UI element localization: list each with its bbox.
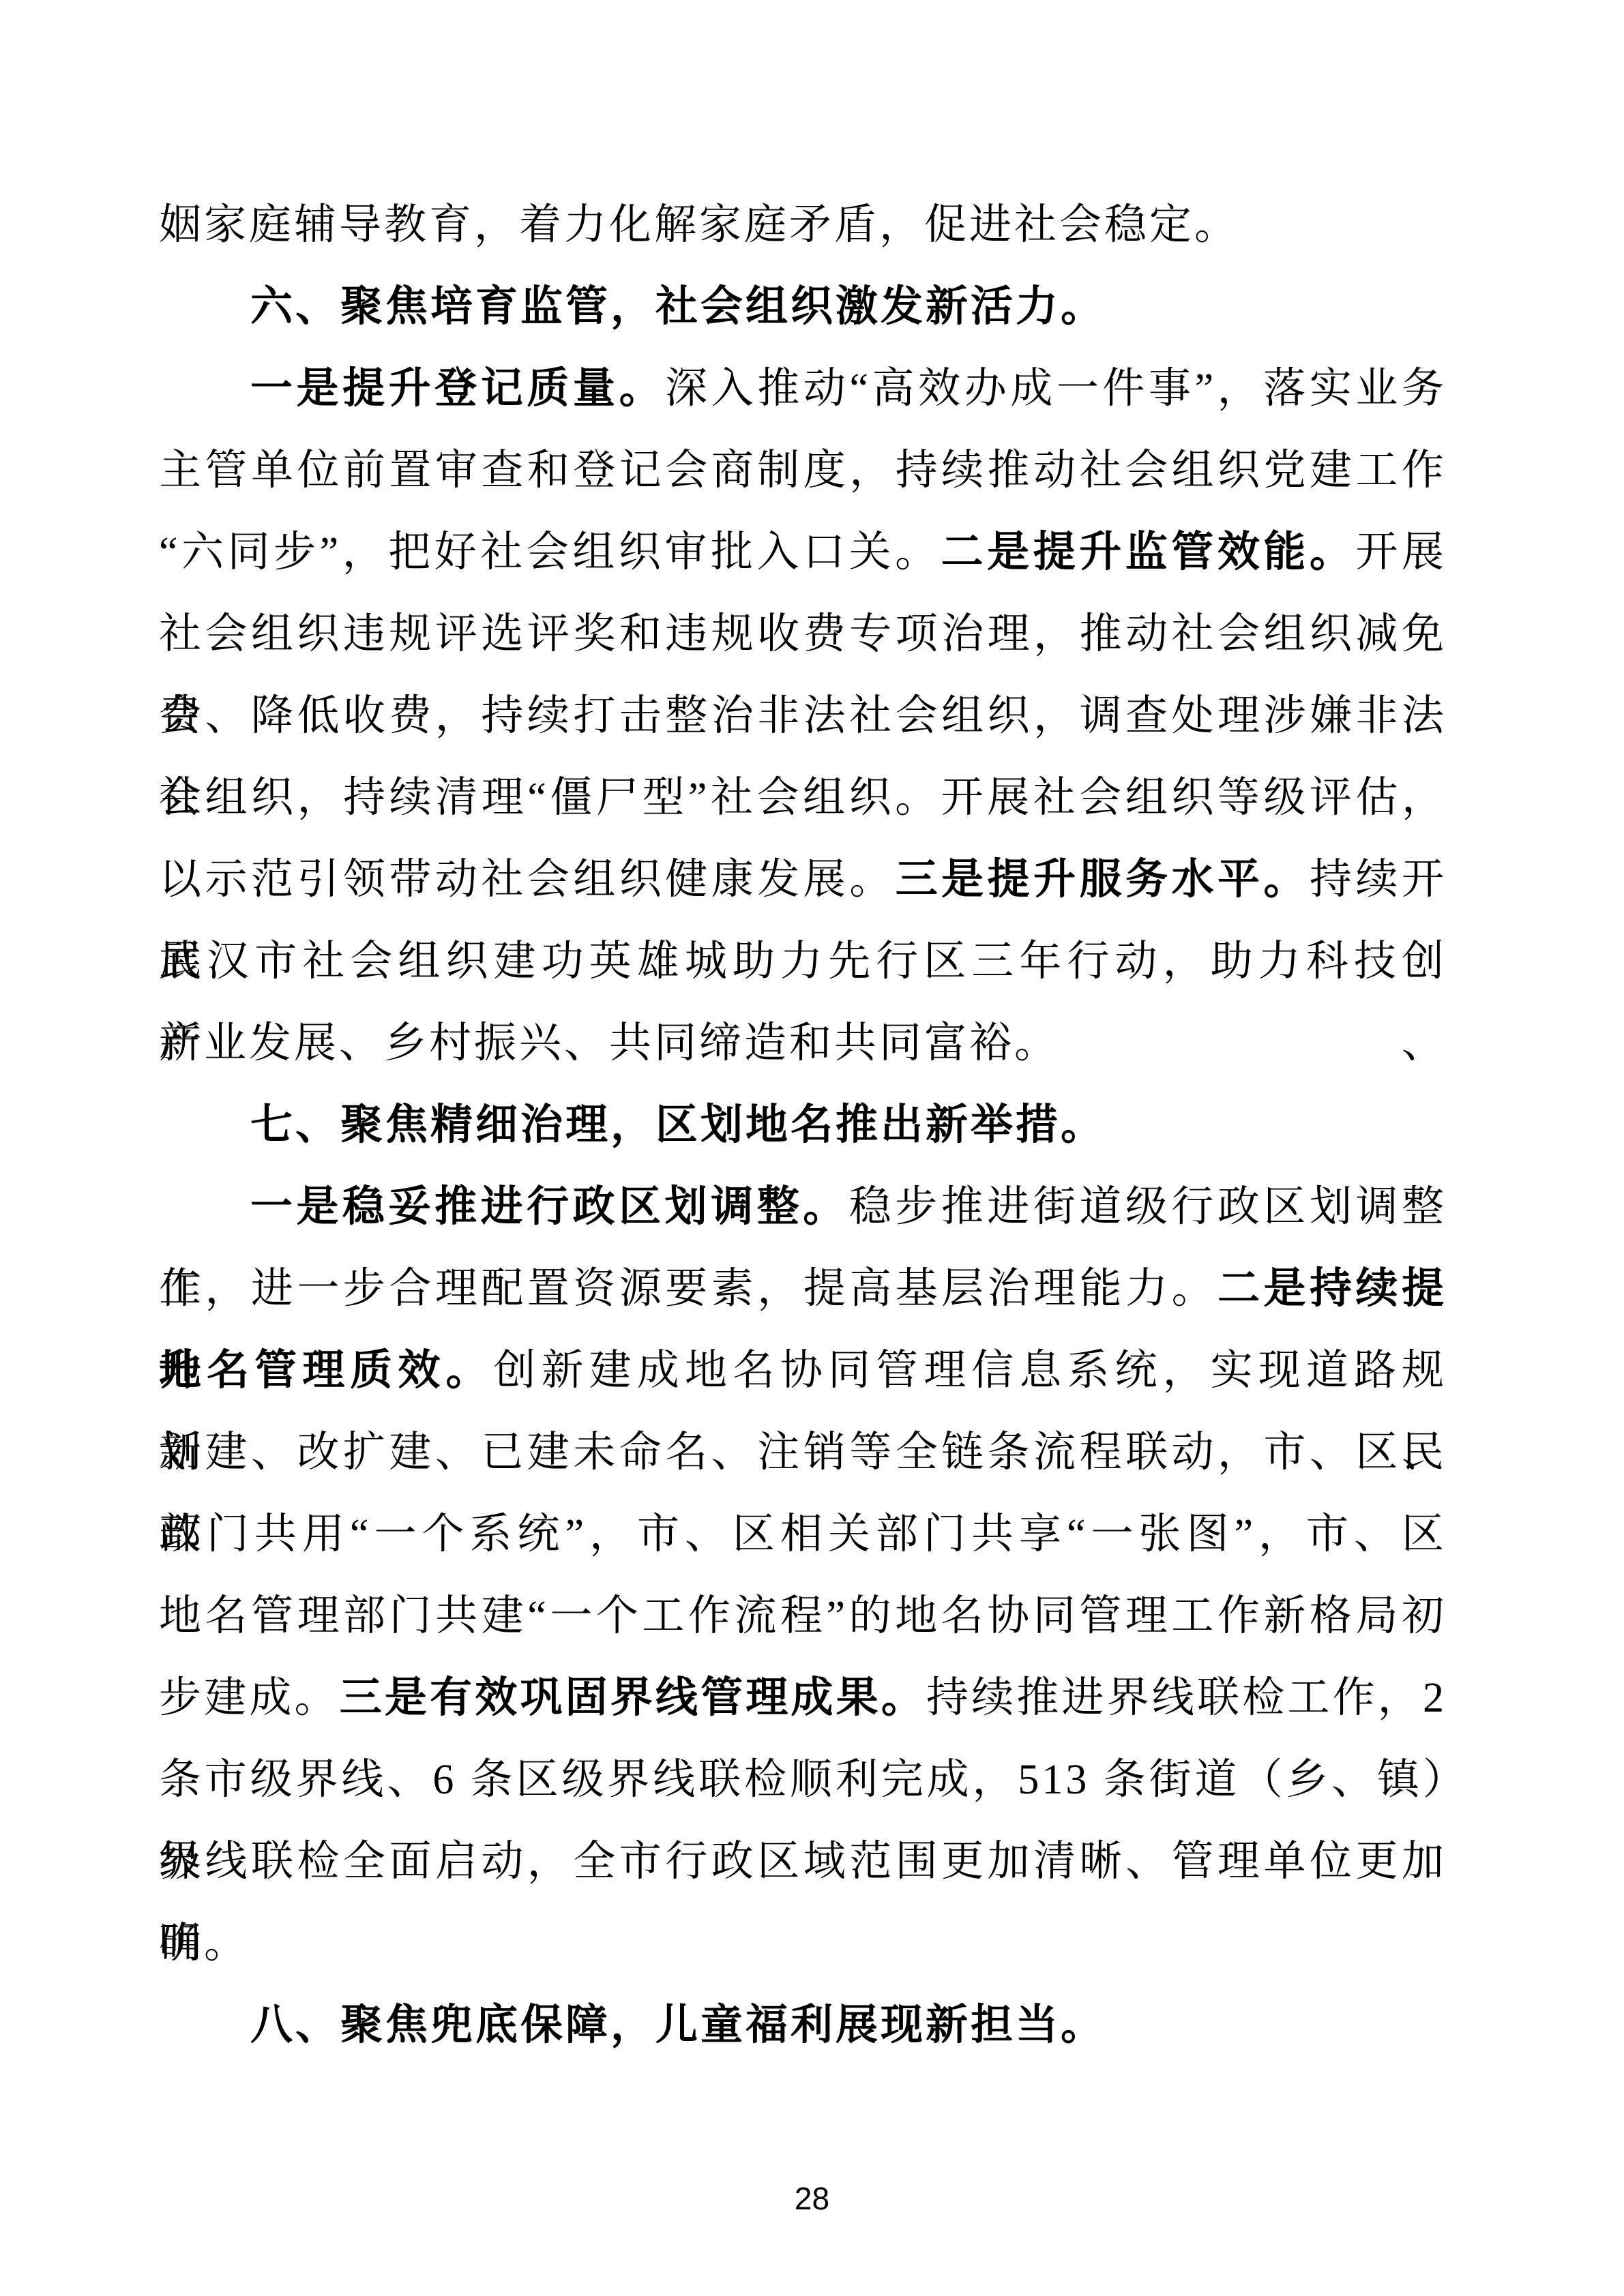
- text-segment: “六同步”，把好社会组织审批入口关。: [159, 529, 941, 576]
- text-segment: 二是提升监管效能。: [941, 529, 1356, 576]
- document-text: 姻家庭辅导教育，着力化解家庭矛盾，促进社会稳定。六、聚焦培育监管，社会组织激发新…: [159, 184, 1447, 2066]
- text-line: 作，进一步合理配置资源要素，提高基层治理能力。二是持续提升: [159, 1248, 1447, 1330]
- text-segment: 开展: [1355, 529, 1447, 576]
- text-line: 武汉市社会组织建功英雄城助力先行区三年行动，助力科技创新、: [159, 921, 1447, 1002]
- text-segment: 深入推动“高效办成一件事”，落实业务: [665, 366, 1447, 412]
- text-segment: 部门共用“一个系统”，市、区相关部门共享“一张图”，市、区: [159, 1511, 1447, 1557]
- text-line: 七、聚焦精细治理，区划地名推出新举措。: [159, 1084, 1447, 1166]
- text-segment: 步建成。: [159, 1675, 340, 1721]
- text-segment: 八、聚焦兜底保障，儿童福利展现新担当。: [250, 2002, 1106, 2048]
- text-line: 新建、改扩建、已建未命名、注销等全链条流程联动，市、区民政: [159, 1412, 1447, 1493]
- text-line: 六、聚焦培育监管，社会组织激发新活力。: [159, 266, 1447, 348]
- text-segment: 三是提升服务水平。: [896, 856, 1310, 903]
- text-line: 确。: [159, 1903, 1447, 1984]
- text-segment: 地名管理部门共建“一个工作流程”的地名协同管理工作新格局初: [159, 1593, 1447, 1639]
- text-line: 主管单位前置审查和登记会商制度，持续推动社会组织党建工作: [159, 430, 1447, 511]
- text-line: 八、聚焦兜底保障，儿童福利展现新担当。: [159, 1984, 1447, 2066]
- text-line: 界线联检全面启动，全市行政区域范围更加清晰、管理单位更加明: [159, 1821, 1447, 1903]
- text-line: 会组织，持续清理“僵尸型”社会组织。开展社会组织等级评估，: [159, 757, 1447, 839]
- text-segment: 七、聚焦精细治理，区划地名推出新举措。: [250, 1102, 1106, 1148]
- page-number: 28: [0, 2179, 1624, 2218]
- text-segment: 主管单位前置审查和登记会商制度，持续推动社会组织党建工作: [159, 447, 1447, 494]
- text-segment: 确。: [159, 1920, 249, 1967]
- text-line: 一是稳妥推进行政区划调整。稳步推进街道级行政区划调整工: [159, 1166, 1447, 1248]
- text-segment: 三是有效巩固界线管理成果。: [340, 1675, 926, 1721]
- text-line: 部门共用“一个系统”，市、区相关部门共享“一张图”，市、区: [159, 1493, 1447, 1575]
- text-segment: 地名管理质效。: [159, 1347, 494, 1394]
- text-line: 地名管理质效。创新建成地名协同管理信息系统，实现道路规划、: [159, 1330, 1447, 1412]
- text-line: 一是提升登记质量。深入推动“高效办成一件事”，落实业务: [159, 348, 1447, 430]
- text-line: 以示范引领带动社会组织健康发展。三是提升服务水平。持续开展: [159, 839, 1447, 921]
- text-line: 条市级界线、6 条区级界线联检顺利完成，513 条街道（乡、镇）级: [159, 1739, 1447, 1821]
- text-segment: 作，进一步合理配置资源要素，提高基层治理能力。: [159, 1266, 1217, 1312]
- text-segment: 产业发展、乡村振兴、共同缔造和共同富裕。: [159, 1020, 1059, 1067]
- text-segment: 以示范引领带动社会组织健康发展。: [159, 856, 896, 903]
- text-line: 费、降低收费，持续打击整治非法社会组织，调查处理涉嫌非法社: [159, 675, 1447, 757]
- text-line: 姻家庭辅导教育，着力化解家庭矛盾，促进社会稳定。: [159, 184, 1447, 266]
- document-page: 姻家庭辅导教育，着力化解家庭矛盾，促进社会稳定。六、聚焦培育监管，社会组织激发新…: [0, 0, 1624, 2296]
- text-line: 地名管理部门共建“一个工作流程”的地名协同管理工作新格局初: [159, 1575, 1447, 1657]
- text-segment: 六、聚焦培育监管，社会组织激发新活力。: [250, 284, 1106, 330]
- text-segment: 会组织，持续清理“僵尸型”社会组织。开展社会组织等级评估，: [159, 775, 1447, 821]
- text-segment: 一是稳妥推进行政区划调整。: [250, 1184, 849, 1230]
- text-segment: 一是提升登记质量。: [250, 366, 665, 412]
- text-segment: 持续推进界线联检工作，2: [926, 1675, 1447, 1721]
- text-segment: 姻家庭辅导教育，着力化解家庭矛盾，促进社会稳定。: [159, 202, 1239, 248]
- text-line: 社会组织违规评选评奖和违规收费专项治理，推动社会组织减免会: [159, 593, 1447, 675]
- text-line: “六同步”，把好社会组织审批入口关。二是提升监管效能。开展: [159, 511, 1447, 593]
- text-line: 步建成。三是有效巩固界线管理成果。持续推进界线联检工作，2: [159, 1657, 1447, 1739]
